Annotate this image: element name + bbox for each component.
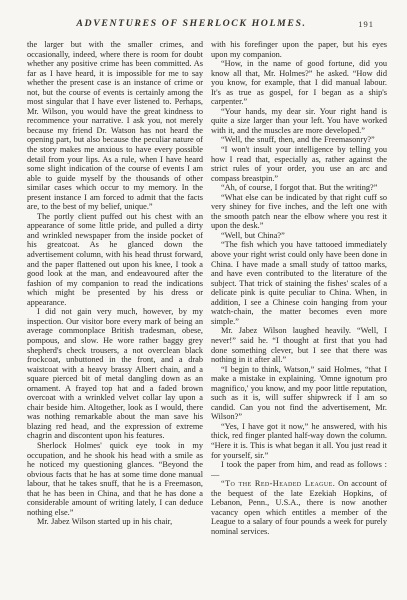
paragraph: “Yes, I have got it now,” he answered, w… bbox=[211, 422, 387, 460]
paragraph: “I begin to think, Watson,” said Holmes,… bbox=[211, 365, 387, 422]
book-page: ADVENTURES OF SHERLOCK HOLMES. 191 the l… bbox=[0, 0, 407, 600]
paragraph: “Ah, of course, I forgot that. But the w… bbox=[211, 183, 387, 193]
page-number: 191 bbox=[358, 19, 374, 29]
paragraph: Mr. Jabez Wilson laughed heavily. “Well,… bbox=[211, 326, 387, 364]
paragraph: I took the paper from him, and read as f… bbox=[211, 460, 387, 479]
paragraph: “The fish which you have tattooed immedi… bbox=[211, 240, 387, 326]
advertisement-heading: “To the Red-Headed League. bbox=[221, 479, 335, 488]
paragraph: “What else can be indicated by that righ… bbox=[211, 193, 387, 231]
paragraph: “I won't insult your intelligence by tel… bbox=[211, 145, 387, 183]
paragraph: “Well, the snuff, then, and the Freemaso… bbox=[211, 135, 387, 145]
paragraph: “How, in the name of good fortune, did y… bbox=[211, 59, 387, 107]
running-head: ADVENTURES OF SHERLOCK HOLMES. 191 bbox=[27, 18, 386, 34]
paragraph: “Your hands, my dear sir. Your right han… bbox=[211, 107, 387, 136]
right-column: with his forefinger upon the paper, but … bbox=[211, 40, 387, 536]
paragraph: The portly client puffed out his chest w… bbox=[27, 212, 203, 307]
paragraph: “Well, but China?” bbox=[211, 231, 387, 241]
paragraph-advertisement: “To the Red-Headed League. On account of… bbox=[211, 479, 387, 536]
text-columns: the larger but with the smaller crimes, … bbox=[27, 40, 386, 536]
paragraph: the larger but with the smaller crimes, … bbox=[27, 40, 203, 212]
paragraph: with his forefinger upon the paper, but … bbox=[211, 40, 387, 59]
left-column: the larger but with the smaller crimes, … bbox=[27, 40, 203, 536]
paragraph: Sherlock Holmes' quick eye took in my oc… bbox=[27, 441, 203, 517]
paragraph: Mr. Jabez Wilson started up in his chair… bbox=[27, 517, 203, 527]
paragraph: I did not gain very much, however, by my… bbox=[27, 307, 203, 441]
page-title: ADVENTURES OF SHERLOCK HOLMES. bbox=[27, 18, 356, 29]
